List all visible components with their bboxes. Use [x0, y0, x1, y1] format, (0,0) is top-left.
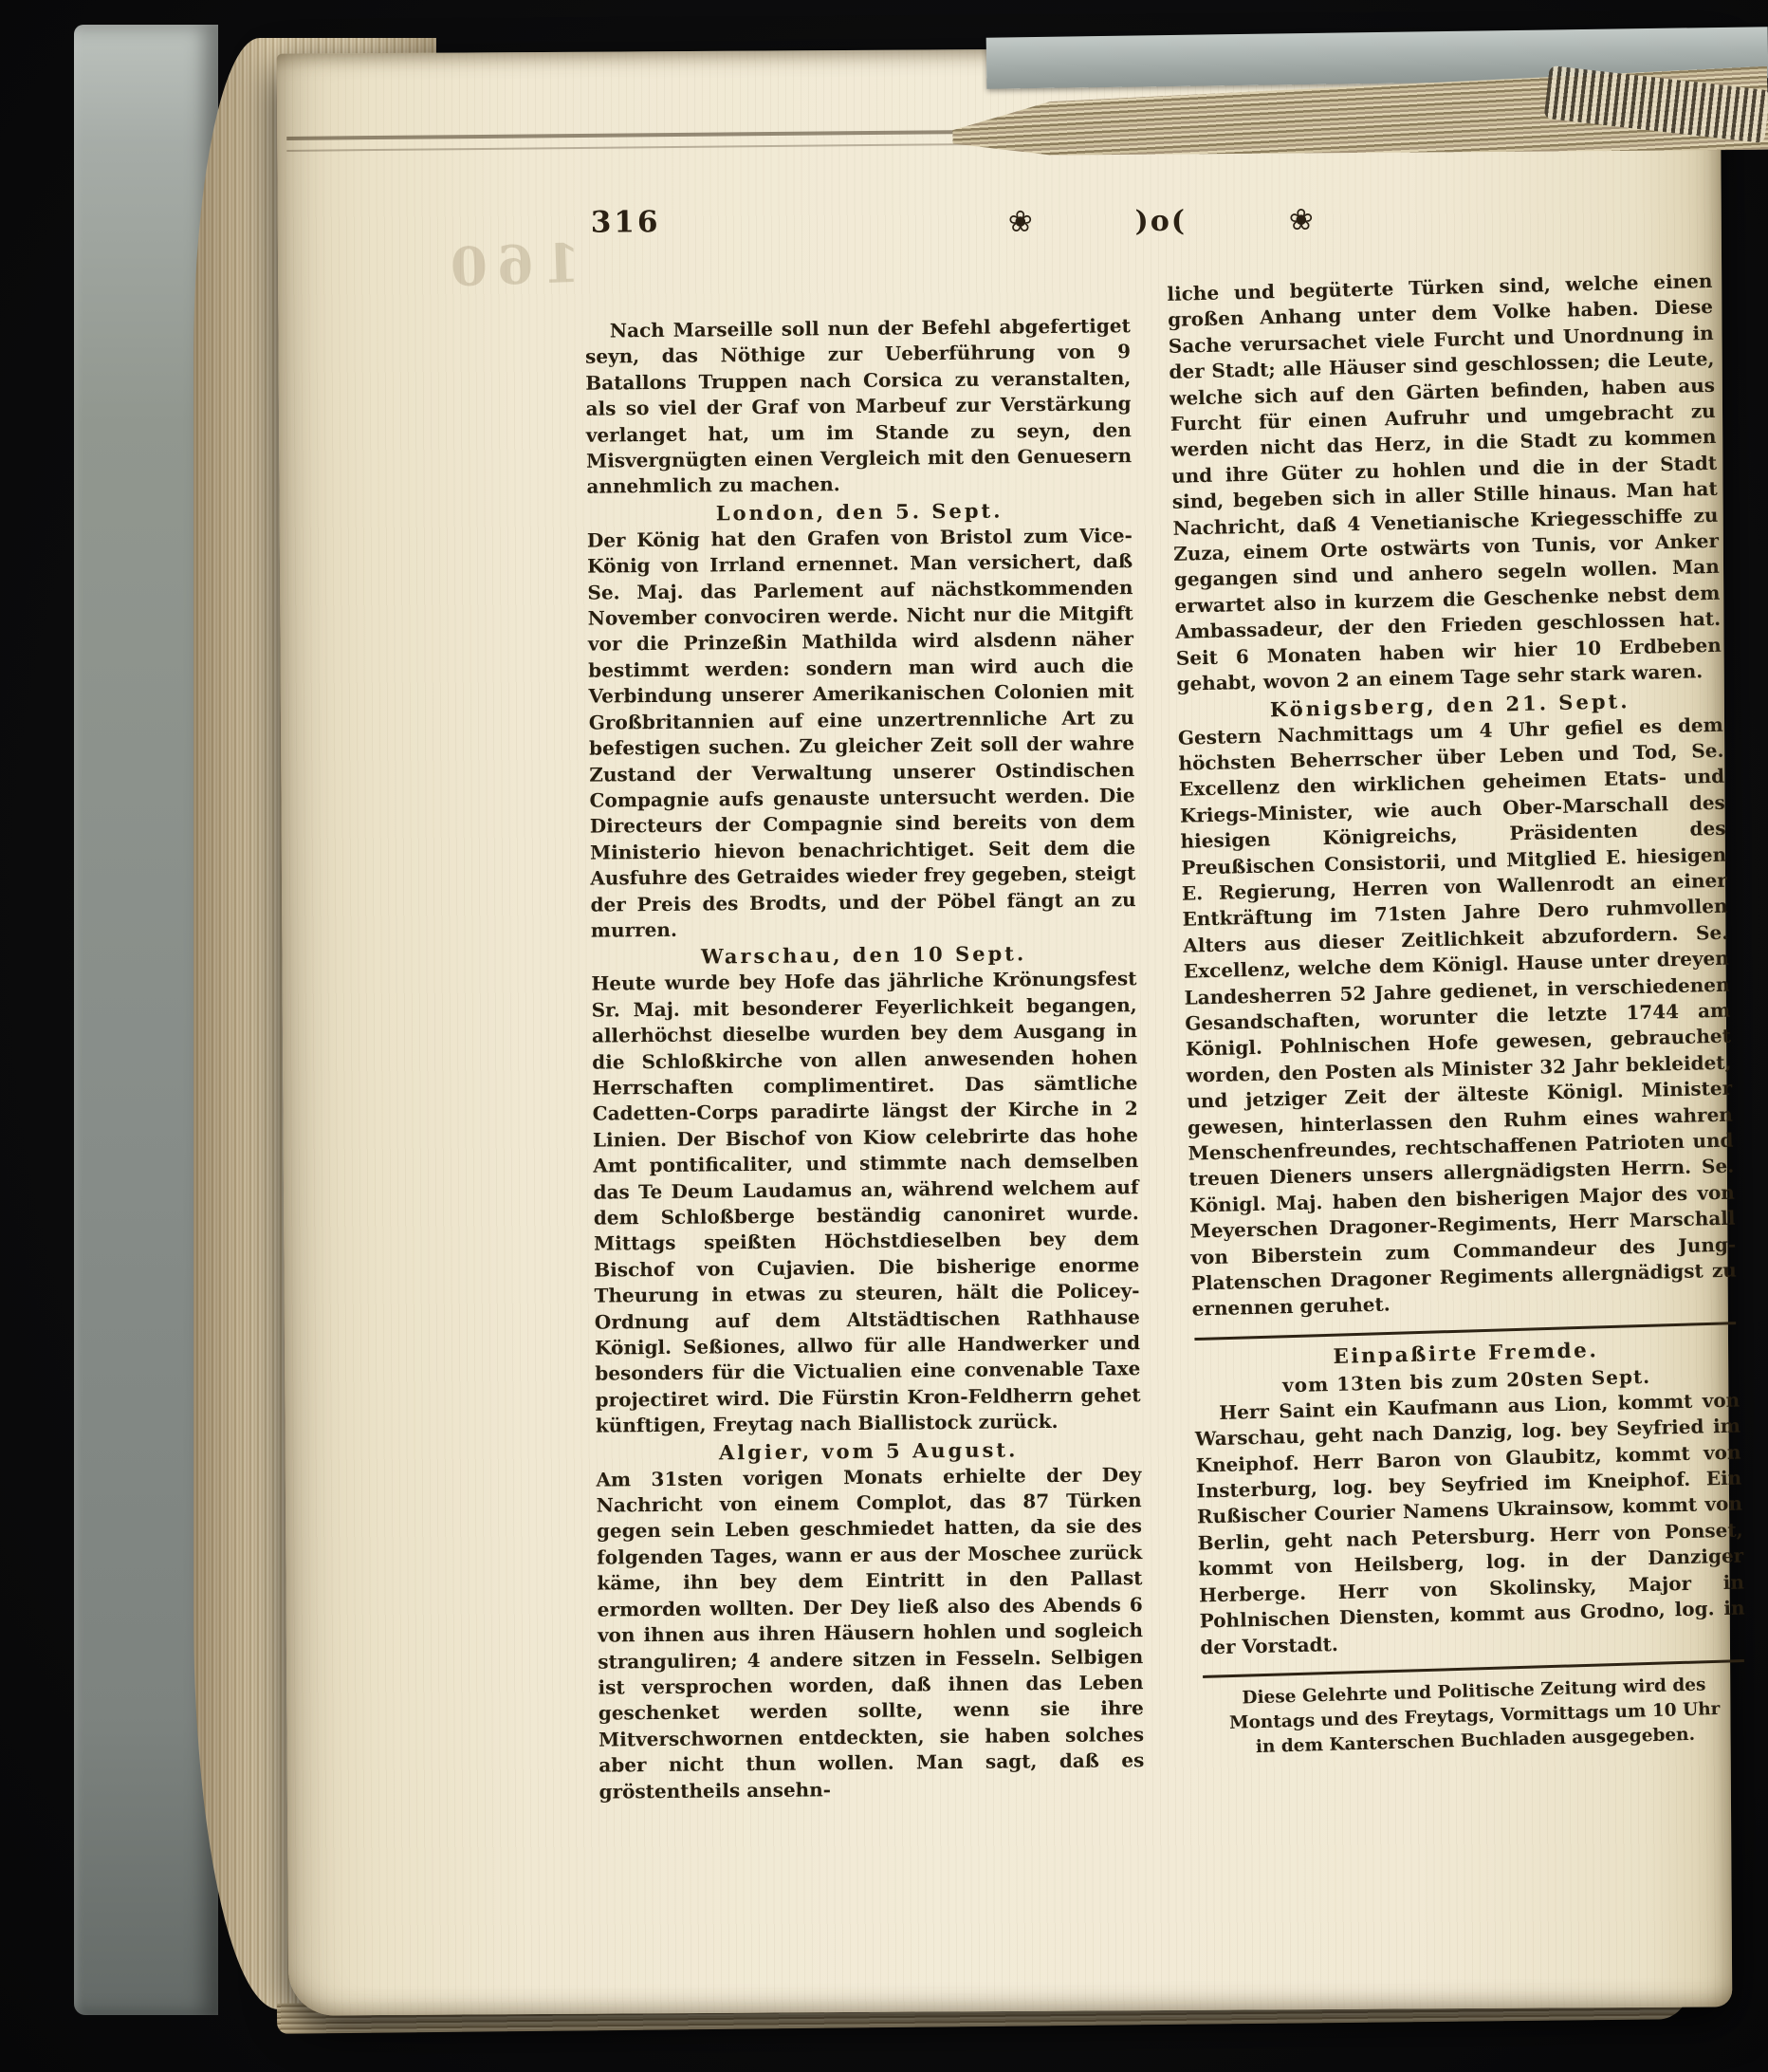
imprint-note: Diese Gelehrte und Politische Zeitung wi… [1206, 1672, 1742, 1761]
ink-bleedthrough-text: 160 [440, 232, 581, 300]
article-body: Am 31sten vorigen Monats erhielte der De… [596, 1462, 1144, 1805]
article-heading: Algier, vom 5 August. [596, 1435, 1141, 1467]
arrivals-section: Einpaßirte Fremde. vom 13ten bis zum 20s… [1193, 1335, 1746, 1660]
article-body: Der König hat den Grafen von Bristol zum… [587, 523, 1136, 944]
article-heading: London, den 5. Sept. [587, 496, 1133, 527]
continuation-paragraph: liche und begüterte Türken sind, welche … [1167, 268, 1722, 697]
arrivals-body: Herr Saint ein Kaufmann aus Lion, kommt … [1194, 1387, 1746, 1660]
page-number: 316 [591, 205, 661, 239]
news-article-london: London, den 5. Sept. Der König hat den G… [587, 496, 1136, 944]
page-top-edge-line [286, 130, 1013, 152]
article-body: Heute wurde bey Hofe das jährliche Krönu… [591, 966, 1141, 1439]
right-column: liche und begüterte Türken sind, welche … [1167, 268, 1749, 1801]
news-article-algier: Algier, vom 5 August. Am 31sten vorigen … [596, 1435, 1145, 1805]
book-page: 160 316 ❀ )o( ❀ Nach Marseille soll nun … [277, 45, 1733, 2015]
running-head: ❀ )o( ❀ [1008, 199, 1314, 243]
text-columns: Nach Marseille soll nun der Befehl abgef… [587, 278, 1722, 1804]
scanned-book-photograph: 160 316 ❀ )o( ❀ Nach Marseille soll nun … [0, 0, 1768, 2072]
header-separator-mark: )o( [1134, 204, 1187, 237]
fleuron-ornament-left: ❀ [1008, 205, 1033, 239]
left-column: Nach Marseille soll nun der Befehl abgef… [585, 313, 1145, 1804]
article-heading: Warschau, den 10 Sept. [591, 939, 1136, 971]
news-article-koenigsberg: Königsberg, den 21. Sept. Gestern Nachmi… [1177, 685, 1738, 1323]
news-article-warschau: Warschau, den 10 Sept. Heute wurde bey H… [591, 939, 1141, 1439]
intro-paragraph: Nach Marseille soll nun der Befehl abgef… [585, 313, 1133, 500]
fleuron-ornament-right: ❀ [1289, 203, 1314, 237]
article-body: Gestern Nachmittags um 4 Uhr gefiel es d… [1178, 712, 1738, 1323]
